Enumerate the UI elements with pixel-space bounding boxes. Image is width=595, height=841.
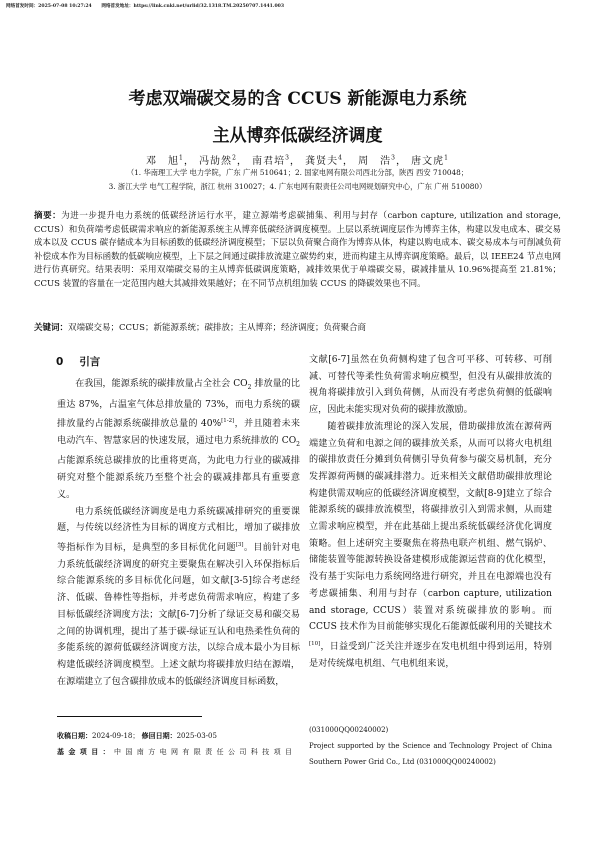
paragraph: 电力系统低碳经济调度是电力系统碳减排研究的重要课题，与传统以经济性为目标的调度方… <box>57 504 300 691</box>
author: 唐文虎1 <box>411 156 449 167</box>
affiliations-line2: 3. 浙江大学 电气工程学院，浙江 杭州 310027；4. 广东电网有限责任公… <box>0 182 595 192</box>
fund-english: Project supported by the Science and Tec… <box>309 738 552 770</box>
author: 冯劼然2 <box>199 156 237 167</box>
fund-line: 基金项目：中国南方电网有限责任公司科技项目 <box>57 744 300 760</box>
abstract: 摘要：为进一步提升电力系统的低碳经济运行水平，建立源端考虑碳捕集、利用与封存（c… <box>34 210 561 292</box>
online-publication-header: 网络首发时间：2025-07-08 10:27:24 网络首发地址：https:… <box>6 3 292 9</box>
paper-title-line1: 考虑双端碳交易的含 CCUS 新能源电力系统 <box>0 84 595 109</box>
author-list: 邓 旭1， 冯劼然2， 南君培3， 龚贤夫4， 周 浩3， 唐文虎1 <box>0 152 595 167</box>
citation-link[interactable]: [1-2] <box>221 418 234 424</box>
dates-line: 收稿日期：2024-09-18； 修回日期：2025-03-05 <box>57 728 300 744</box>
section-heading: 0引言 <box>56 352 300 372</box>
affiliations-line1: （1. 华南理工大学 电力学院，广东 广州 510641；2. 国家电网有限公司… <box>0 168 595 178</box>
paragraph: 随着碳排放流理论的深入发展，借助碳排放流在源荷两端建立负荷和电源之间的碳排放关系… <box>309 419 552 673</box>
paper-title-line2: 主从博弈低碳经济调度 <box>0 121 595 146</box>
footnote-left: 收稿日期：2024-09-18； 修回日期：2025-03-05 基金项目：中国… <box>57 728 300 760</box>
online-url[interactable]: 网络首发地址：https://link.cnki.net/urlid/32.13… <box>101 4 284 9</box>
author: 周 浩3 <box>358 156 396 167</box>
footnote-right: (031000QQ00240002) Project supported by … <box>309 722 552 770</box>
body-column-left: 0引言 在我国，能源系统的碳排放量占全社会 CO2 排放量的比重达 87%，占温… <box>57 352 300 690</box>
keywords-label: 关键词： <box>34 323 68 333</box>
keywords: 关键词：双端碳交易；CCUS；新能源系统；碳排放；主从博弈；经济调度；负荷聚合商 <box>34 321 561 333</box>
citation-link[interactable]: [10] <box>309 641 320 647</box>
author: 邓 旭1 <box>146 156 184 167</box>
footnote-divider <box>57 716 202 717</box>
paragraph: 在我国，能源系统的碳排放量占全社会 CO2 排放量的比重达 87%，占温室气体总… <box>57 376 300 504</box>
body-column-right: 文献[6-7]虽然在负荷侧构建了包含可平移、可转移、可削减、可替代等柔性负荷需求… <box>309 352 552 672</box>
keywords-text: 双端碳交易；CCUS；新能源系统；碳排放；主从博弈；经济调度；负荷聚合商 <box>68 323 366 333</box>
section-number: 0 <box>56 356 63 368</box>
section-title: 引言 <box>79 356 100 368</box>
paragraph: 文献[6-7]虽然在负荷侧构建了包含可平移、可转移、可削减、可替代等柔性负荷需求… <box>309 352 552 419</box>
abstract-label: 摘要： <box>34 211 61 221</box>
online-time: 网络首发时间：2025-07-08 10:27:24 <box>6 4 92 9</box>
citation-link[interactable]: [3] <box>236 542 244 548</box>
author: 南君培3 <box>252 156 290 167</box>
fund-code: (031000QQ00240002) <box>309 722 552 738</box>
author: 龚贤夫4 <box>305 156 343 167</box>
abstract-text: 为进一步提升电力系统的低碳经济运行水平，建立源端考虑碳捕集、利用与封存（carb… <box>34 211 561 289</box>
